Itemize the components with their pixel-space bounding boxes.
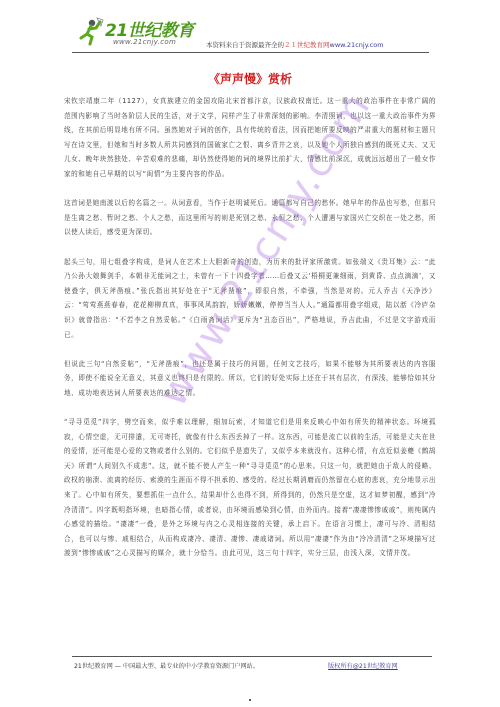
runner-icon	[75, 16, 105, 46]
header-divider	[72, 52, 429, 53]
paragraph: 宋钦宗靖康二年（1127），女真族建立的金国攻陷北宋首都汴京，汉族政权南迁。这一…	[64, 94, 436, 182]
copyright-link[interactable]: 版权所有@21世纪教育网	[328, 661, 398, 670]
paragraph: 这首词是她南渡以后的名篇之一。从词意看，当作于赵明诚死后。通篇都写自己的愁怀。她…	[64, 196, 436, 240]
logo-url: www.21cnjy.com	[113, 38, 176, 46]
header-tagline: 本资料来自于资源最齐全的２１世纪教育网www.21cnjy.com	[206, 40, 384, 49]
tagline-url-link[interactable]: www.21cnjy.com	[330, 41, 384, 49]
tagline-prefix: 本资料来自于资源最齐全的	[206, 41, 284, 49]
page-header: 21世纪教育 www.21cnjy.com 本资料来自于资源最齐全的２１世纪教育…	[72, 8, 429, 54]
footer-text: 21世纪教育网 — 中国最大型、最专业的中小学教育资源门户网站。	[74, 661, 259, 670]
document-body: 宋钦宗靖康二年（1127），女真族建立的金国攻陷北宋首都汴京，汉族政权南迁。这一…	[64, 94, 436, 576]
page-dot	[249, 699, 251, 701]
site-logo[interactable]: 21世纪教育 www.21cnjy.com	[75, 10, 195, 50]
tagline-site-link[interactable]: ２１世纪教育网	[284, 41, 330, 49]
paragraph: 起头三句，用七组叠字构成，是词人在艺术上大胆新奇的创造，为历来的批评家所激赏。如…	[64, 255, 436, 343]
paragraph: 但说此三句“自然妥帖”，“无斧凿痕”，也还是属于技巧的问题，任何文艺技巧，如果不…	[64, 357, 436, 401]
document-title: 《声声慢》赏析	[0, 70, 500, 87]
footer-divider	[72, 656, 432, 657]
paragraph: “寻寻觅觅”四字，劈空而来，似乎难以理解，细加玩索，才知道它们是用来反映心中如有…	[64, 415, 436, 561]
